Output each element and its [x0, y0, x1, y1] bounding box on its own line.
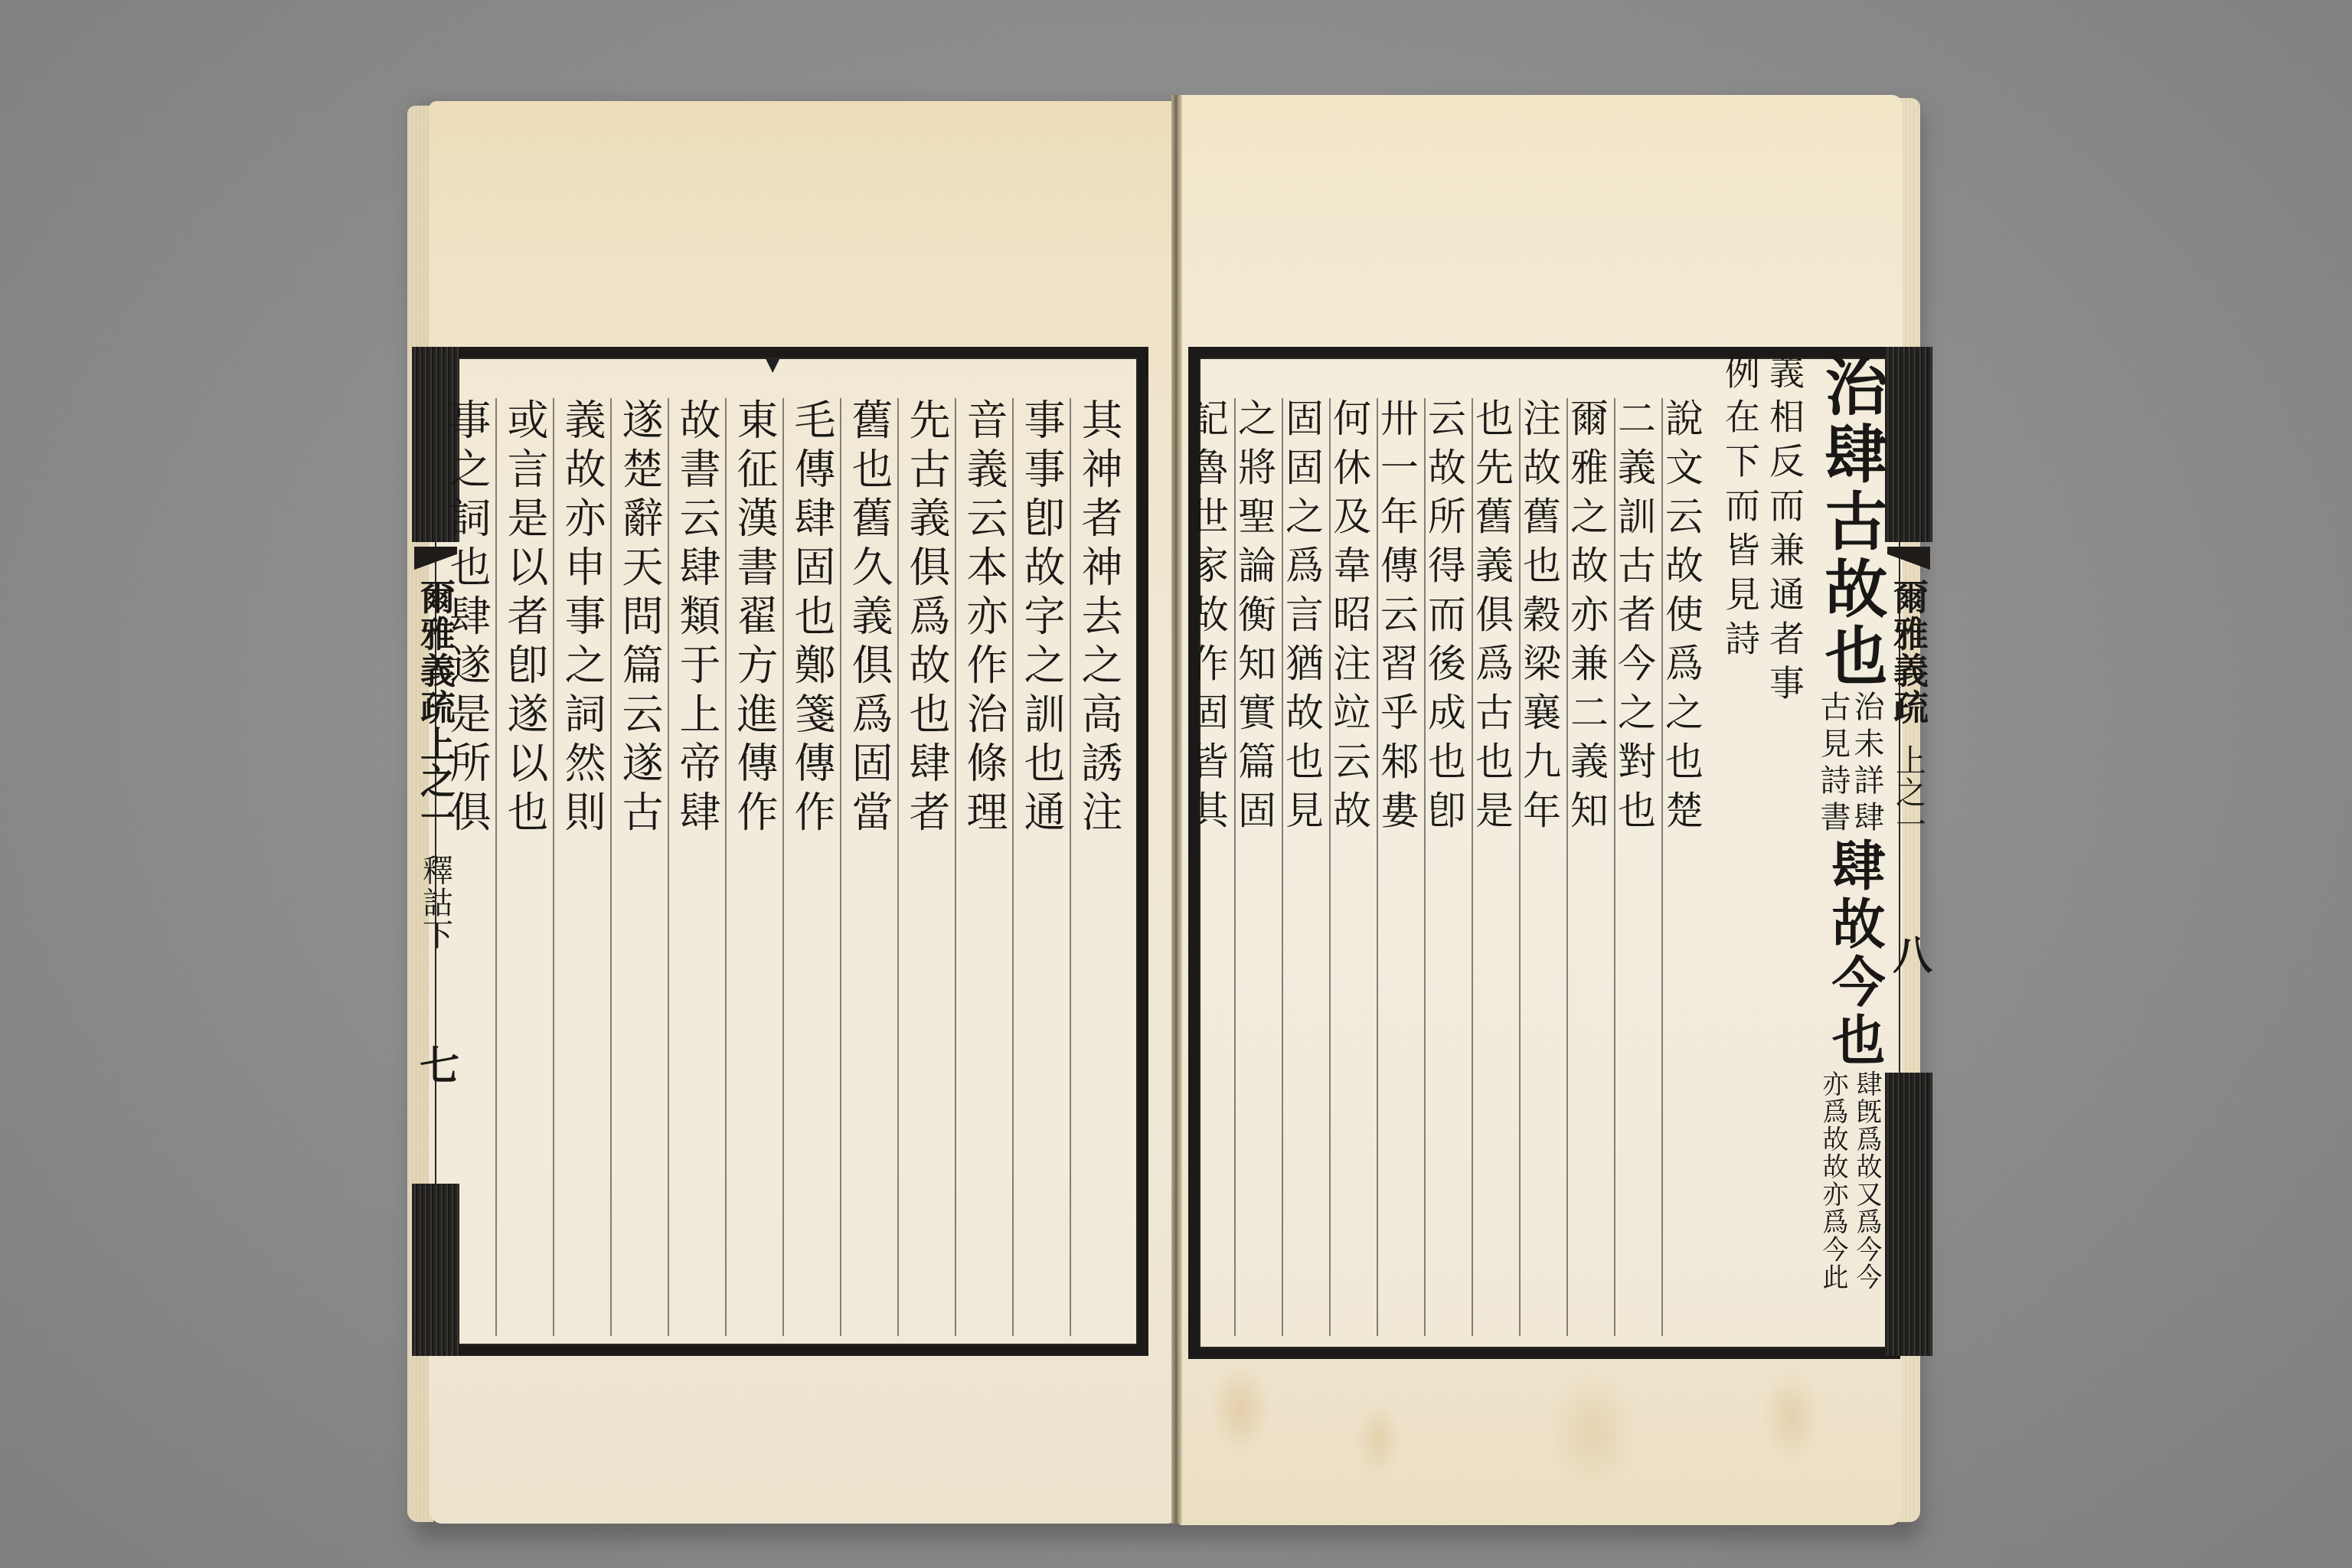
upper-black-mouth [1885, 347, 1932, 542]
text-column: 其神者神去之高誘注 [1070, 398, 1127, 1336]
text-column: 事之詞也肆遂是所俱 [439, 398, 495, 1336]
note-2: 肆旣爲故又爲今今 亦爲故故亦爲今此 [1807, 1070, 1883, 1291]
headword-2: 肆故今也 [1807, 838, 1883, 1070]
note-1-line-1: 治未詳肆 [1850, 691, 1883, 838]
text-column: 義故亦申事之詞然則 [553, 398, 610, 1336]
entry-headwords: 治肆古故也 治未詳肆 古見詩書 肆故今也 肆旣爲故又爲今今 亦爲故故亦爲今此 [1807, 354, 1883, 1341]
text-column: 舊也舊久義俱爲固當 [840, 398, 897, 1336]
note-2-line-2: 亦爲故故亦爲今此 [1816, 1070, 1850, 1291]
text-column: 遂楚辭天問篇云遂古 [610, 398, 668, 1336]
margin-page-number: 八 [1880, 934, 1938, 974]
preface-line-2: 例在下而皆見詩 [1718, 354, 1762, 1341]
text-column: 音義云本亦作治條理 [955, 398, 1012, 1336]
headword-1: 治肆古故也 [1807, 354, 1883, 691]
paper-stains [1194, 1363, 1883, 1516]
note-1: 治未詳肆 古見詩書 [1807, 691, 1883, 838]
right-text-columns: 說文云故使爲之也楚 二義訓古者今之對也 爾雅之故亦兼二義知 注故舊也穀梁襄九年 … [1204, 398, 1709, 1336]
preface-line-1: 義相反而兼通者事 [1762, 354, 1807, 1341]
text-column: 說文云故使爲之也楚 [1661, 398, 1709, 1336]
right-fold-margin: 爾雅義疏 上之一 八 [1885, 347, 1932, 1356]
fish-tail-mark [1887, 547, 1930, 573]
text-column: 毛傳肆固也鄭箋傳作 [782, 398, 840, 1336]
note-1-line-2: 古見詩書 [1816, 691, 1850, 838]
note-2-line-1: 肆旣爲故又爲今今 [1850, 1070, 1883, 1291]
text-column: 故書云肆類于上帝肆 [668, 398, 725, 1336]
text-column: 東征漢書翟方進傳作 [725, 398, 782, 1336]
margin-chapter: 上之一 [1887, 744, 1931, 841]
block-mark: ▼ [766, 354, 779, 375]
text-column: 或言是以者卽遂以也 [495, 398, 553, 1336]
text-column: 先古義俱爲故也肆者 [897, 398, 955, 1336]
lower-black-mouth [1885, 1073, 1932, 1356]
text-column: 事事卽故字之訓也通 [1012, 398, 1070, 1336]
margin-book-title: 爾雅義疏 [1889, 579, 1929, 726]
left-text-columns: 其神者神去之高誘注 事事卽故字之訓也通 音義云本亦作治條理 先古義俱爲故也肆者 … [453, 398, 1127, 1336]
entry-header: 治肆古故也 治未詳肆 古見詩書 肆故今也 肆旣爲故又爲今今 亦爲故故亦爲今此 義… [1709, 354, 1883, 1341]
